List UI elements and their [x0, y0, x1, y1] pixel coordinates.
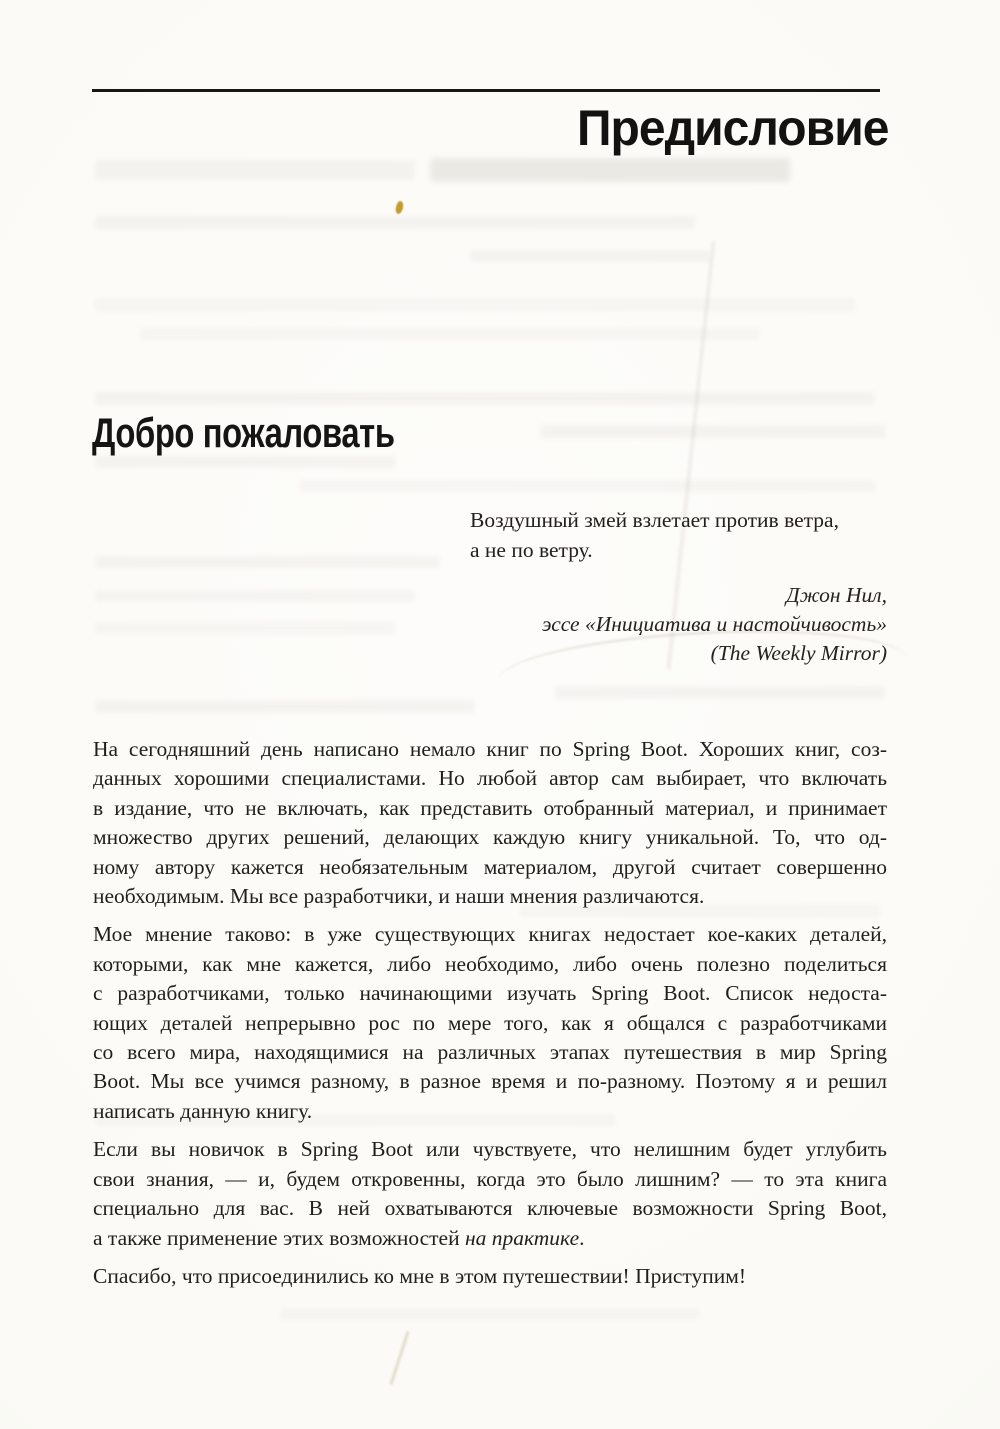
body-paragraph-1: На сегодняшний день написано немало книг…: [93, 735, 887, 911]
bleed-through-ghost: [555, 686, 885, 699]
text-line: Воздушный змей взлетает против ветра,: [470, 505, 839, 535]
text-line: в издание, что не включать, как представ…: [93, 794, 887, 823]
bleed-through-ghost: [430, 158, 790, 182]
text-line: Boot. Мы все учимся разному, в разное вр…: [93, 1067, 887, 1096]
text-line: эссе «Инициатива и настойчивость»: [542, 610, 887, 639]
text-line: Джон Нил,: [542, 581, 887, 610]
text-line: На сегодняшний день написано немало книг…: [93, 735, 887, 764]
body-paragraph-4: Спасибо, что присоединились ко мне в это…: [93, 1262, 887, 1291]
text-line: (The Weekly Mirror): [542, 639, 887, 668]
text-line: со всего мира, находящимися на различных…: [93, 1038, 887, 1067]
bleed-through-ghost: [470, 250, 710, 262]
chapter-divider-rule: [92, 89, 880, 92]
text-line: Мое мнение таково: в уже существующих кн…: [93, 920, 887, 949]
bleed-through-ghost: [95, 456, 395, 468]
scratch-mark-bottom: [389, 1331, 409, 1385]
bleed-through-ghost: [280, 1308, 700, 1320]
text-line: ному автору кажется необязательным матер…: [93, 853, 887, 882]
epigraph-attribution: Джон Нил,эссе «Инициатива и настойчивост…: [542, 581, 887, 668]
text-line: Спасибо, что присоединились ко мне в это…: [93, 1262, 887, 1291]
text-line: написать данную книгу.: [93, 1097, 887, 1126]
body-paragraph-2: Мое мнение таково: в уже существующих кн…: [93, 920, 887, 1126]
bleed-through-ghost: [95, 298, 855, 311]
text-line: данных хорошими специалистами. Но любой …: [93, 764, 887, 793]
bleed-through-ghost: [300, 480, 875, 492]
text-line: с разработчиками, только начинающими изу…: [93, 979, 887, 1008]
body-copy: На сегодняшний день написано немало книг…: [93, 735, 887, 1300]
text-line: необходимым. Мы все разработчики, и наши…: [93, 882, 887, 911]
epigraph-quote: Воздушный змей взлетает против ветра,а н…: [470, 505, 839, 565]
paper-speck: [394, 200, 404, 214]
scanned-book-page: Предисловие Добро пожаловать Воздушный з…: [0, 0, 1000, 1429]
text-line: специально для вас. В ней охватываются к…: [93, 1194, 887, 1223]
text-line: множество других решений, делающих кажду…: [93, 823, 887, 852]
body-paragraph-3: Если вы новичок в Spring Boot или чувств…: [93, 1135, 887, 1253]
bleed-through-ghost: [95, 700, 475, 713]
text-line: а не по ветру.: [470, 535, 839, 565]
bleed-through-ghost: [95, 216, 695, 229]
chapter-title: Предисловие: [576, 100, 888, 156]
section-heading: Добро пожаловать: [92, 410, 395, 456]
bleed-through-ghost: [95, 622, 395, 634]
bleed-through-ghost: [95, 556, 440, 568]
bleed-through-ghost: [95, 590, 415, 602]
text-line: Если вы новичок в Spring Boot или чувств…: [93, 1135, 887, 1164]
bleed-through-ghost: [140, 328, 760, 340]
text-line: которыми, как мне кажется, либо необходи…: [93, 950, 887, 979]
text-line: ющих деталей непрерывно рос по мере того…: [93, 1009, 887, 1038]
text-line: свои знания, — и, будем откровенны, когд…: [93, 1165, 887, 1194]
bleed-through-ghost: [540, 425, 885, 438]
text-line: а также применение этих возможностей на …: [93, 1224, 887, 1253]
bleed-through-ghost: [95, 392, 875, 405]
bleed-through-ghost: [95, 160, 415, 180]
